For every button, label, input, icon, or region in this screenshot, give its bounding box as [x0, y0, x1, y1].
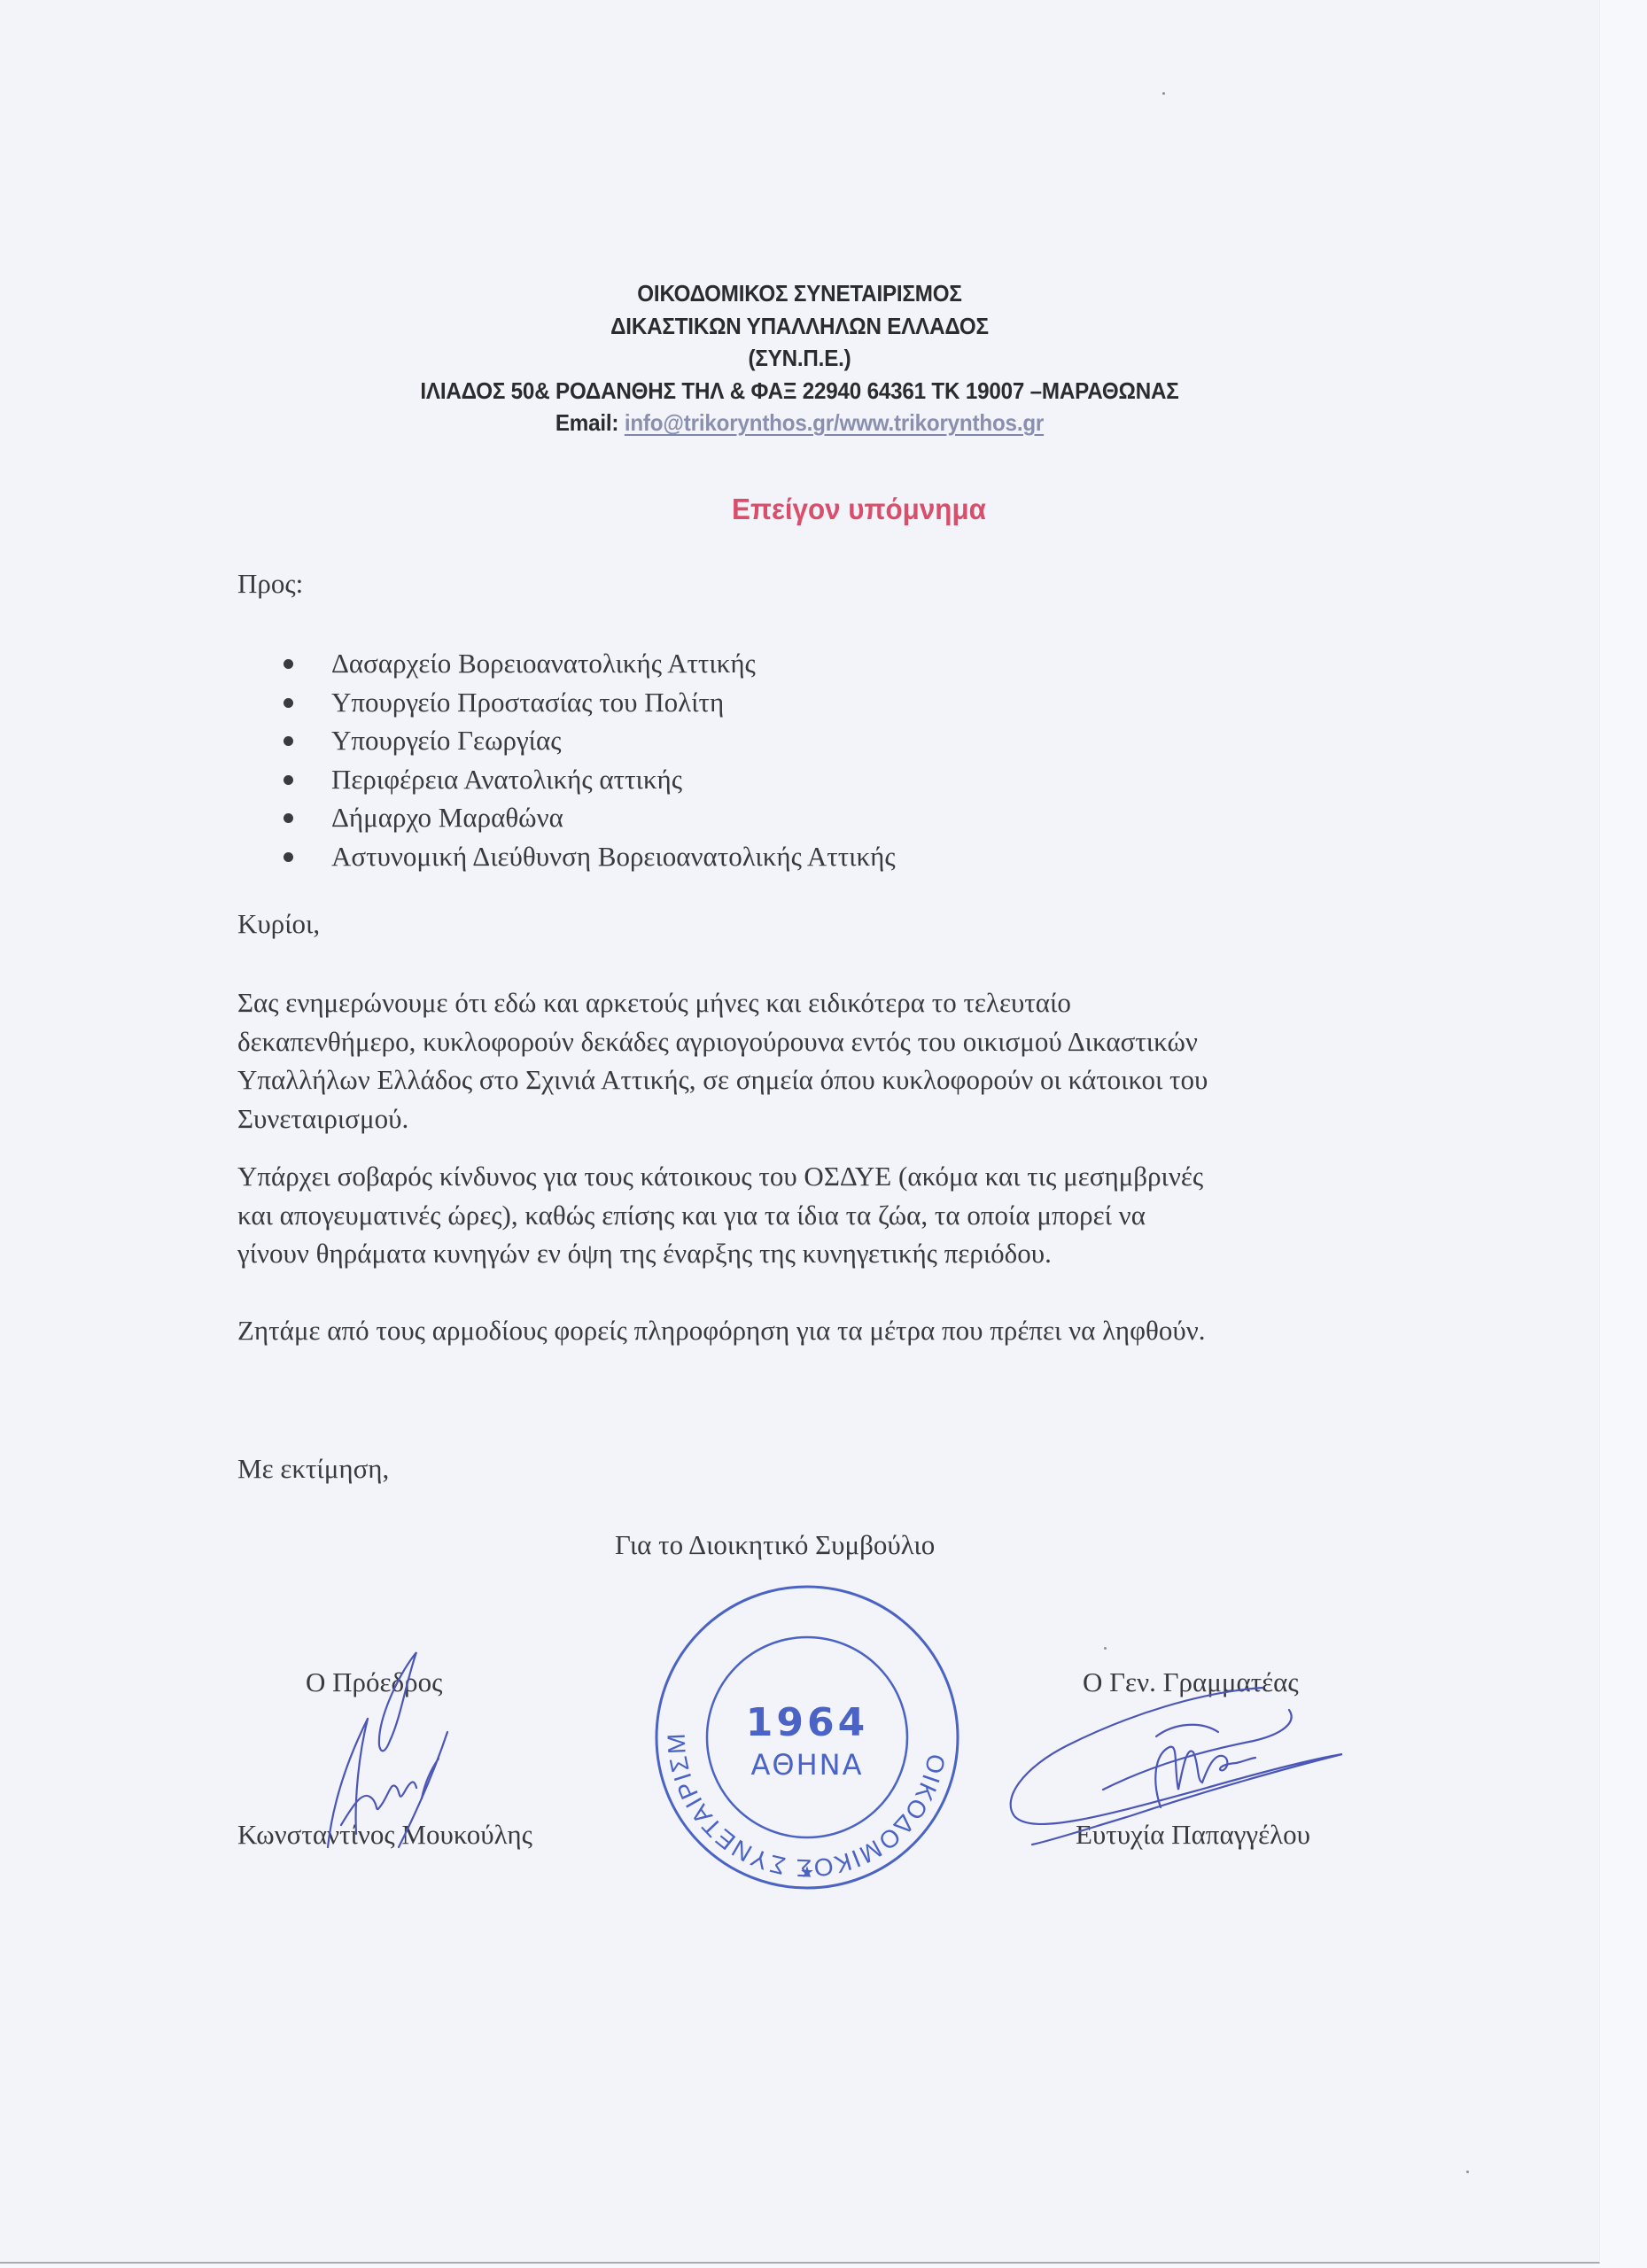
recipient-list: Δασαρχείο Βορειοανατολικής Αττικής Υπουρ…: [284, 644, 896, 875]
paragraph-line: Ζητάμε από τους αρμοδίους φορείς πληροφό…: [237, 1311, 1380, 1350]
recipient-label: Δήμαρχο Μαραθώνα: [331, 802, 563, 833]
bullet-icon: [284, 659, 293, 669]
president-name: Κωνσταντίνος Μουκούλης: [237, 1819, 532, 1851]
scan-speck: [1466, 2171, 1469, 2173]
star-icon: ★: [800, 1863, 814, 1881]
letterhead-org-line-1: ΟΙΚΟΔΟΜΙΚΟΣ ΣΥΝΕΤΑΙΡΙΣΜΟΣ: [56, 277, 1543, 310]
bullet-icon: [284, 775, 293, 785]
scan-speck: [1162, 92, 1165, 95]
paragraph-line: Σας ενημερώνουμε ότι εδώ και αρκετούς μή…: [237, 983, 1380, 1022]
paragraph-line: γίνουν θηράματα κυνηγών εν όψη της έναρξ…: [237, 1234, 1380, 1273]
paragraph-line: Υπαλλήλων Ελλάδος στο Σχινιά Αττικής, σε…: [237, 1060, 1380, 1099]
scanned-page: ΟΙΚΟΔΟΜΙΚΟΣ ΣΥΝΕΤΑΙΡΙΣΜΟΣ ΔΙΚΑΣΤΙΚΩΝ ΥΠΑ…: [0, 0, 1600, 2264]
scan-speck: [1104, 1647, 1107, 1650]
letterhead: ΟΙΚΟΔΟΜΙΚΟΣ ΣΥΝΕΤΑΙΡΙΣΜΟΣ ΔΙΚΑΣΤΙΚΩΝ ΥΠΑ…: [56, 277, 1543, 439]
bullet-icon: [284, 698, 293, 708]
email-link[interactable]: info@trikorynthos.gr/www.trikorynthos.gr: [625, 409, 1044, 436]
letterhead-org-abbr: (ΣΥΝ.Π.Ε.): [56, 342, 1543, 375]
secretary-title: Ο Γεν. Γραμματέας: [1083, 1666, 1299, 1698]
letterhead-address: ΙΛΙΑΔΟΣ 50& ΡΟΔΑΝΘΗΣ ΤΗΛ & ΦΑΞ 22940 643…: [56, 375, 1543, 408]
president-title: Ο Πρόεδρος: [306, 1666, 442, 1698]
paragraph-line: και απογευματινές ώρες), καθώς επίσης κα…: [237, 1196, 1380, 1235]
paragraph-line: δεκαπενθήμερο, κυκλοφορούν δεκάδες αγριο…: [237, 1022, 1380, 1061]
recipient-item: Περιφέρεια Ανατολικής αττικής: [284, 760, 896, 799]
closing: Με εκτίμηση,: [237, 1453, 389, 1485]
recipient-label: Δασαρχείο Βορειοανατολικής Αττικής: [331, 648, 756, 679]
body-paragraph-2: Υπάρχει σοβαρός κίνδυνος για τους κάτοικ…: [237, 1157, 1380, 1273]
paragraph-line: Υπάρχει σοβαρός κίνδυνος για τους κάτοικ…: [237, 1157, 1380, 1196]
recipient-label: Υπουργείο Γεωργίας: [331, 725, 562, 756]
bullet-icon: [284, 852, 293, 862]
bullet-icon: [284, 813, 293, 823]
recipient-item: Δασαρχείο Βορειοανατολικής Αττικής: [284, 644, 896, 683]
bullet-icon: [284, 736, 293, 746]
recipient-label: Υπουργείο Προστασίας του Πολίτη: [331, 687, 724, 718]
salutation: Κυρίοι,: [237, 908, 320, 940]
stamp-city: ΑΘΗΝΑ: [751, 1748, 864, 1782]
stamp-year: 1964: [746, 1700, 868, 1745]
email-label: Email:: [555, 409, 618, 436]
body-paragraph-1: Σας ενημερώνουμε ότι εδώ και αρκετούς μή…: [237, 983, 1380, 1138]
recipient-item: Υπουργείο Γεωργίας: [284, 721, 896, 760]
letterhead-email-line: Email: info@trikorynthos.gr/www.trikoryn…: [56, 407, 1543, 439]
recipient-item: Αστυνομική Διεύθυνση Βορειοανατολικής Ατ…: [284, 837, 896, 876]
recipient-label: Αστυνομική Διεύθυνση Βορειοανατολικής Ατ…: [331, 841, 896, 872]
body-paragraph-3: Ζητάμε από τους αρμοδίους φορείς πληροφό…: [237, 1311, 1380, 1350]
on-behalf-of: Για το Διοικητικό Συμβούλιο: [615, 1529, 935, 1561]
to-label: Προς:: [237, 568, 303, 600]
recipient-label: Περιφέρεια Ανατολικής αττικής: [331, 764, 682, 795]
official-stamp: ΟΙΚΟΔΟΜΙΚΟΣ ΣΥΝΕΤΑΙΡΙΣΜΟΣ ΔΙΚΑΣΤΙΚΩΝ ΥΠΑ…: [648, 1578, 967, 1897]
recipient-item: Υπουργείο Προστασίας του Πολίτη: [284, 683, 896, 722]
memo-title-text: Επείγον υπόμνημα: [614, 493, 986, 526]
letterhead-org-line-2: ΔΙΚΑΣΤΙΚΩΝ ΥΠΑΛΛΗΛΩΝ ΕΛΛΑΔΟΣ: [56, 310, 1543, 343]
paragraph-line: Συνεταιρισμού.: [237, 1099, 1380, 1138]
secretary-name: Ευτυχία Παπαγγέλου: [1076, 1819, 1310, 1851]
memo-title: Επείγον υπόμνημα: [0, 493, 1599, 526]
recipient-item: Δήμαρχο Μαραθώνα: [284, 798, 896, 837]
